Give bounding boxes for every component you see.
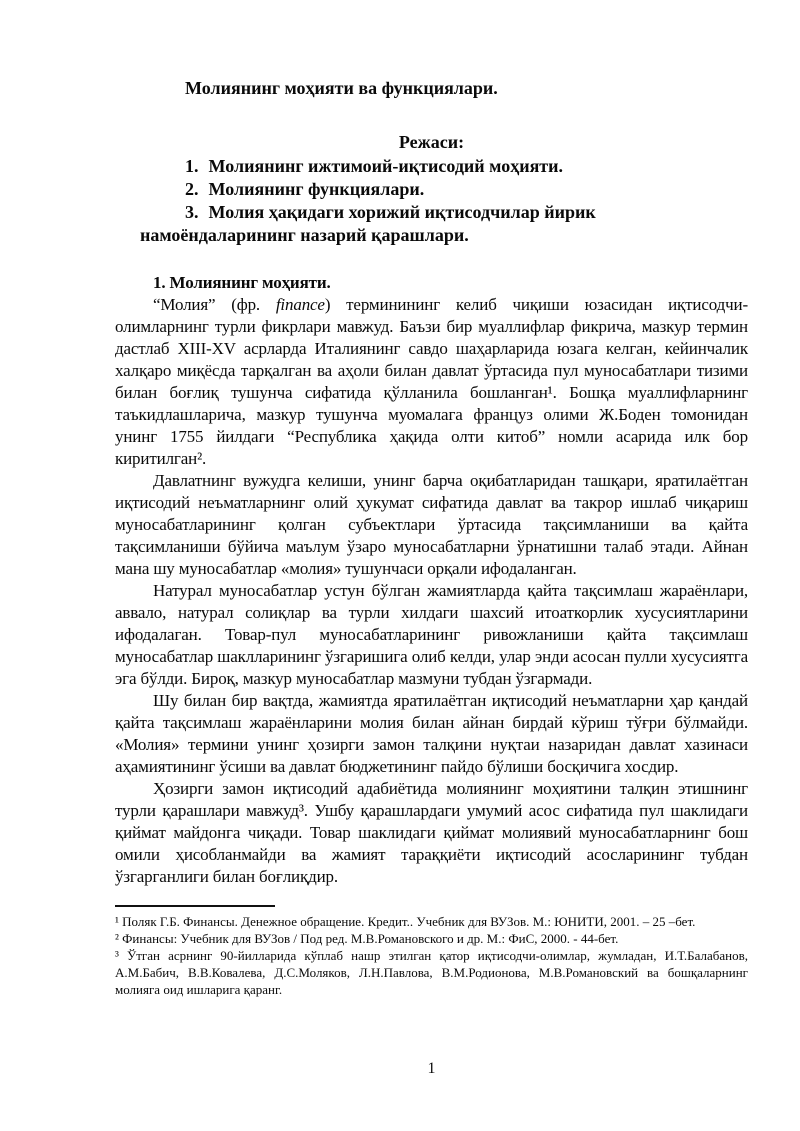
plan-heading: Режаси: [115, 131, 748, 153]
plan-item-3-number: 3. [185, 202, 199, 222]
term-finance-italic: finance [276, 295, 325, 314]
document-page: Молиянинг моҳияти ва функциялари. Режаси… [0, 0, 800, 1131]
plan-item-1: 1.Молиянинг ижтимоий-иқтисодий моҳияти. [185, 155, 748, 178]
footnote-3: ³ Ўтган асрнинг 90-йилларида кўплаб нашр… [115, 947, 748, 998]
plan-list: 1.Молиянинг ижтимоий-иқтисодий моҳияти. … [115, 155, 748, 247]
plan-item-1-text: Молиянинг ижтимоий-иқтисодий моҳияти. [209, 156, 564, 176]
plan-item-3: 3.Молия ҳақидаги хорижий иқтисодчилар йи… [140, 201, 748, 247]
section-body: 1. Молиянинг моҳияти. “Молия” (фр. finan… [115, 272, 748, 888]
footnote-2: ² Финансы: Учебник для ВУЗов / Под ред. … [115, 930, 748, 947]
plan-item-3-text: Молия ҳақидаги хорижий иқтисодчилар йири… [140, 202, 596, 245]
plan-item-2: 2.Молиянинг функциялари. [185, 178, 748, 201]
footnote-separator [115, 905, 275, 907]
paragraph-3: Натурал муносабатлар устун бўлган жамият… [115, 580, 748, 690]
plan-item-1-number: 1. [185, 156, 199, 176]
paragraph-5: Ҳозирги замон иқтисодий адабиётида молия… [115, 778, 748, 888]
paragraph-1-after-italic: ) терминининг келиб чиқиши юзасидан иқти… [115, 295, 748, 468]
page-number: 1 [115, 1060, 748, 1078]
document-content: Молиянинг моҳияти ва функциялари. Режаси… [115, 0, 748, 998]
plan-item-2-number: 2. [185, 179, 199, 199]
paragraph-4: Шу билан бир вақтда, жамиятда яратилаётг… [115, 690, 748, 778]
document-title: Молиянинг моҳияти ва функциялари. [185, 78, 748, 99]
section-heading: 1. Молиянинг моҳияти. [115, 272, 748, 294]
footnotes-section: ¹ Поляк Г.Б. Финансы. Денежное обращение… [115, 905, 748, 998]
footnote-1: ¹ Поляк Г.Б. Финансы. Денежное обращение… [115, 913, 748, 930]
paragraph-1-before-italic: “Молия” (фр. [153, 295, 276, 314]
plan-item-2-text: Молиянинг функциялари. [209, 179, 425, 199]
paragraph-2: Давлатнинг вужудга келиши, унинг барча о… [115, 470, 748, 580]
paragraph-1: “Молия” (фр. finance) терминининг келиб … [115, 294, 748, 470]
